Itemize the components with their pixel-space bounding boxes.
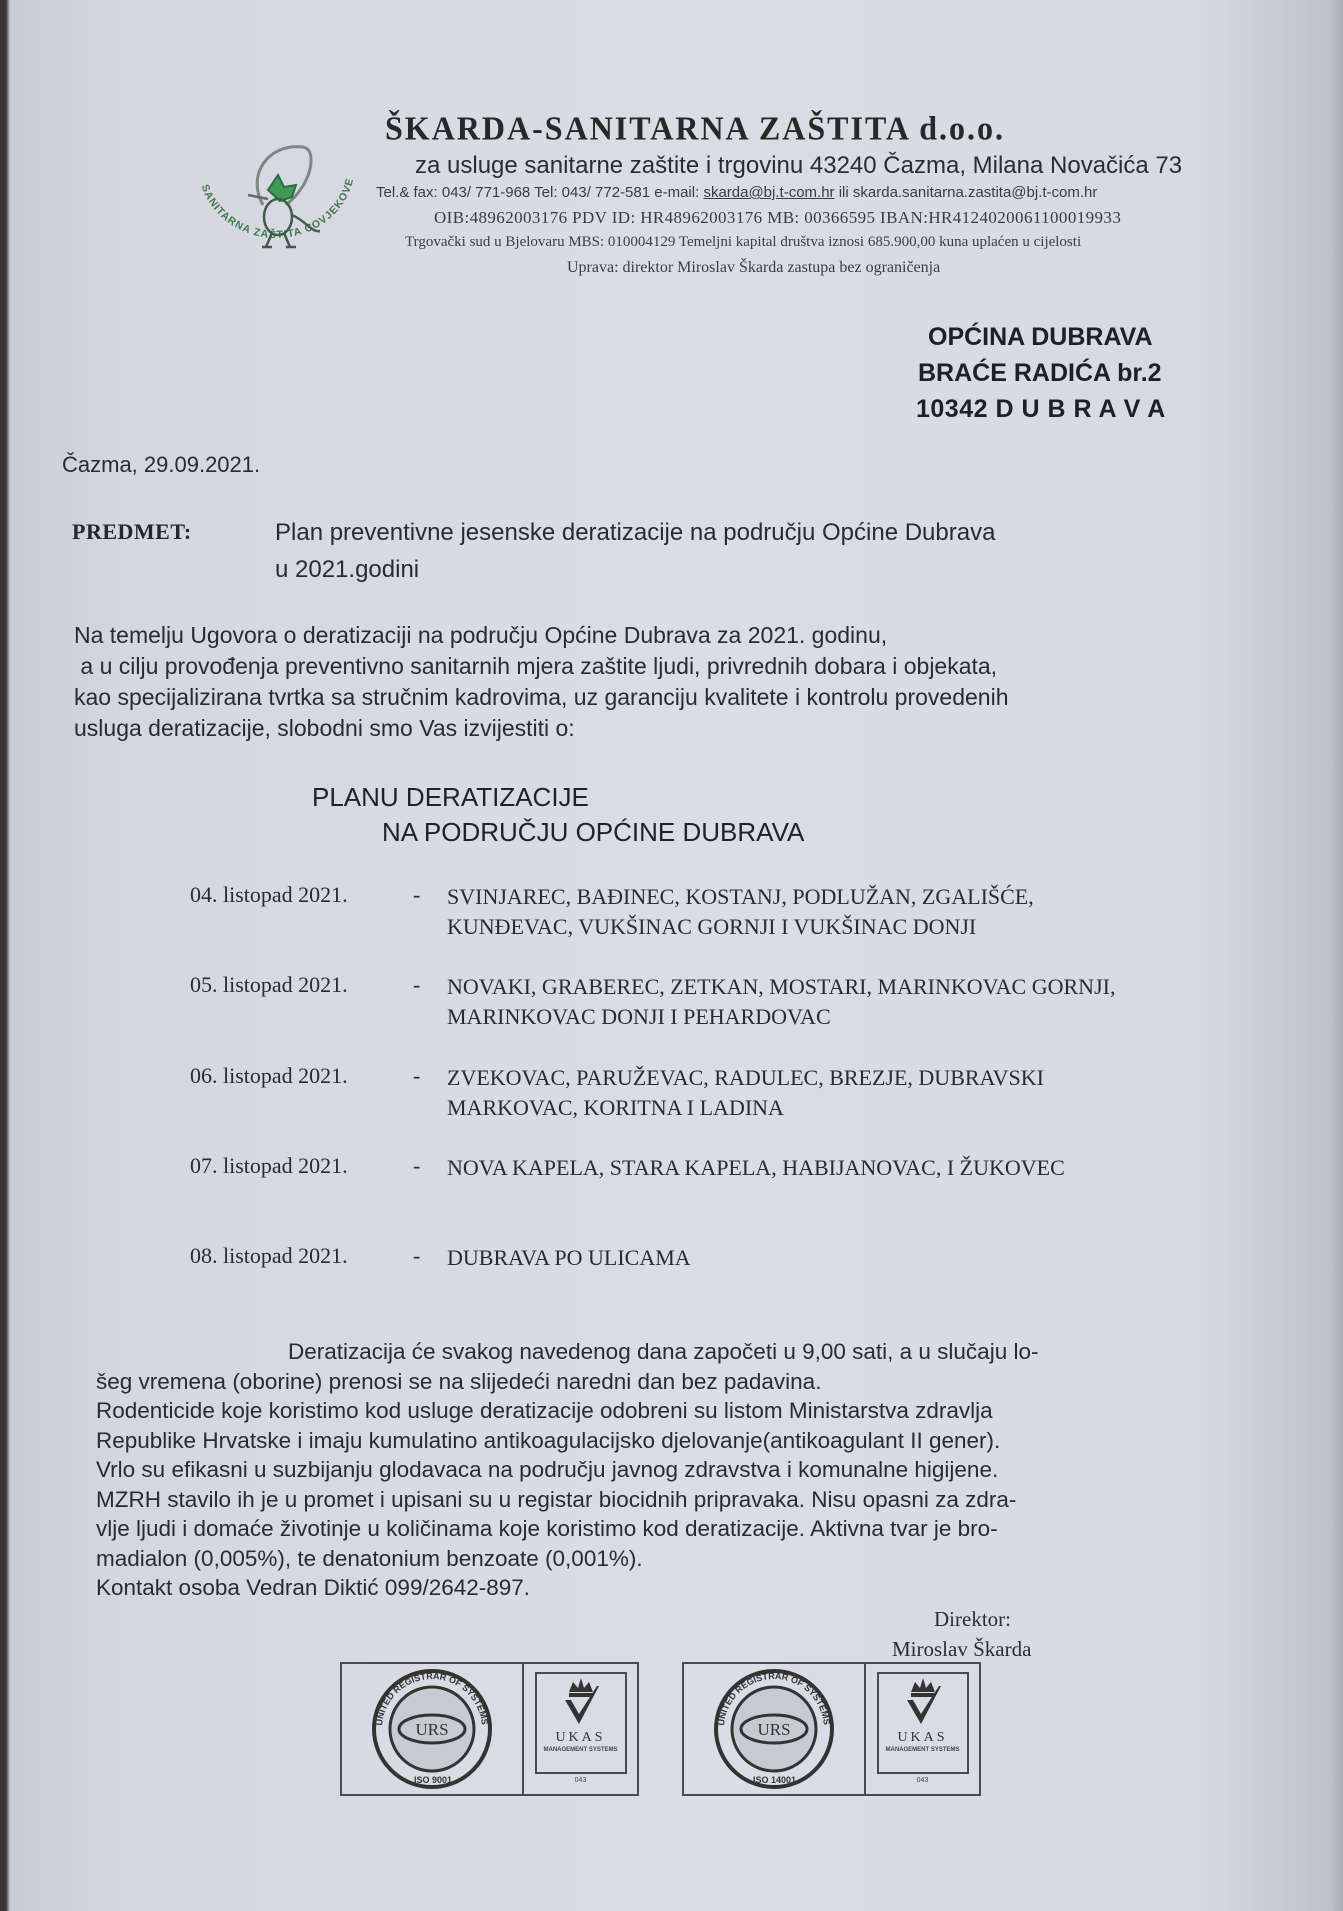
recipient-street: BRAĆE RADIĆA br.2	[918, 359, 1162, 388]
urs-seal-icon: UNITED REGISTRAR OF SYSTEMS ISO 9001 URS	[367, 1667, 497, 1791]
contact-person: Kontakt osoba Vedran Diktić 099/2642-897…	[96, 1573, 1146, 1603]
rat-mascot-logo-icon: SANITARNA ZAŠTITA COVJEKOVE OKOLINE	[188, 135, 363, 275]
place-and-date: Čazma, 29.09.2021.	[62, 452, 260, 478]
schedule-dash: -	[413, 1153, 420, 1179]
schedule-dash: -	[413, 972, 420, 998]
intro-line: kao specijalizirana tvrtka sa stručnim k…	[74, 682, 1174, 713]
schedule-places: NOVA KAPELA, STARA KAPELA, HABIJANOVAC, …	[447, 1153, 1157, 1183]
schedule-dash: -	[413, 882, 420, 908]
ukas-number: 043	[575, 1777, 587, 1784]
schedule-places: NOVAKI, GRABEREC, ZETKAN, MOSTARI, MARIN…	[447, 972, 1157, 1032]
closing-line: vlje ljudi i domaće životinje u količina…	[96, 1514, 1146, 1544]
schedule-date: 04. listopad 2021.	[190, 882, 348, 908]
subject-text: Plan preventivne jesenske deratizacije n…	[275, 514, 1175, 588]
closing-line: Rodenticide koje koristimo kod usluge de…	[96, 1396, 1146, 1426]
schedule-places: DUBRAVA PO ULICAMA	[447, 1243, 1157, 1273]
svg-text:ISO 14001: ISO 14001	[753, 1775, 796, 1785]
closing-line: Republike Hrvatske i imaju kumulatino an…	[96, 1426, 1146, 1456]
certification-badge-iso9001: UNITED REGISTRAR OF SYSTEMS ISO 9001 URS…	[340, 1662, 639, 1796]
subject-label: PREDMET:	[72, 519, 192, 545]
intro-line: usluga deratizacije, slobodni smo Vas iz…	[74, 713, 1174, 744]
ukas-crown-check-icon	[893, 1674, 953, 1728]
signature-name: Miroslav Škarda	[892, 1637, 1031, 1662]
ukas-crown-check-icon	[551, 1674, 611, 1728]
plan-subheading: NA PODRUČJU OPĆINE DUBRAVA	[382, 817, 804, 848]
subject-line: u 2021.godini	[275, 551, 1175, 588]
schedule-dash: -	[413, 1063, 420, 1089]
contact-separator: ili	[835, 184, 853, 201]
company-court-registration: Trgovački sud u Bjelovaru MBS: 010004129…	[405, 234, 1081, 251]
plan-heading: PLANU DERATIZACIJE	[312, 782, 589, 813]
schedule-date: 05. listopad 2021.	[190, 972, 348, 998]
company-subtitle: za usluge sanitarne zaštite i trgovinu 4…	[415, 152, 1182, 180]
ukas-sub-label: MANAGEMENT SYSTEMS	[543, 1746, 617, 1754]
svg-text:URS: URS	[757, 1720, 790, 1739]
closing-line: šeg vremena (oborine) prenosi se na slij…	[96, 1367, 1146, 1397]
company-management: Uprava: direktor Miroslav Škarda zastupa…	[567, 259, 940, 277]
recipient-city: 10342 D U B R A V A	[916, 395, 1166, 424]
recipient-name: OPĆINA DUBRAVA	[928, 323, 1153, 352]
svg-text:URS: URS	[415, 1720, 448, 1739]
ukas-number: 043	[917, 1777, 929, 1784]
intro-line: Na temelju Ugovora o deratizaciji na pod…	[74, 620, 1174, 651]
closing-line: MZRH stavilo ih je u promet i upisani su…	[96, 1485, 1146, 1515]
company-ids: OIB:48962003176 PDV ID: HR48962003176 MB…	[434, 208, 1121, 228]
certification-badge-iso14001: UNITED REGISTRAR OF SYSTEMS ISO 14001 UR…	[682, 1662, 981, 1796]
schedule-dash: -	[413, 1243, 420, 1269]
email-link-secondary[interactable]: skarda.sanitarna.zastita@bj.t-com.hr	[853, 184, 1098, 201]
urs-seal-icon: UNITED REGISTRAR OF SYSTEMS ISO 14001 UR…	[709, 1667, 839, 1791]
ukas-sub-label: MANAGEMENT SYSTEMS	[885, 1746, 959, 1754]
schedule-date: 06. listopad 2021.	[190, 1063, 348, 1089]
schedule-date: 08. listopad 2021.	[190, 1243, 348, 1269]
company-contact: Tel.& fax: 043/ 771-968 Tel: 043/ 772-58…	[376, 184, 1097, 201]
svg-text:ISO 9001: ISO 9001	[414, 1775, 452, 1785]
closing-line: Vrlo su efikasni u suzbijanju glodavaca …	[96, 1455, 1146, 1485]
ukas-label: UKAS	[555, 1730, 605, 1746]
subject-line: Plan preventivne jesenske deratizacije n…	[275, 514, 1175, 551]
ukas-label: UKAS	[897, 1730, 947, 1746]
contact-phones: Tel.& fax: 043/ 771-968 Tel: 043/ 772-58…	[376, 184, 703, 201]
closing-paragraph: Deratizacija će svakog navedenog dana za…	[96, 1337, 1146, 1603]
email-link-primary[interactable]: skarda@bj.t-com.hr	[703, 184, 834, 201]
intro-paragraph: Na temelju Ugovora o deratizaciji na pod…	[74, 620, 1174, 744]
schedule-date: 07. listopad 2021.	[190, 1153, 348, 1179]
closing-line: madialon (0,005%), te denatonium benzoat…	[96, 1544, 1146, 1574]
company-name: ŠKARDA-SANITARNA ZAŠTITA d.o.o.	[385, 109, 1005, 148]
schedule-places: SVINJAREC, BAĐINEC, KOSTANJ, PODLUŽAN, Z…	[447, 882, 1157, 942]
intro-line: a u cilju provođenja preventivno sanitar…	[74, 651, 1174, 682]
signature-title: Direktor:	[934, 1607, 1011, 1632]
closing-line: Deratizacija će svakog navedenog dana za…	[96, 1337, 1146, 1367]
schedule-places: ZVEKOVAC, PARUŽEVAC, RADULEC, BREZJE, DU…	[447, 1063, 1157, 1123]
